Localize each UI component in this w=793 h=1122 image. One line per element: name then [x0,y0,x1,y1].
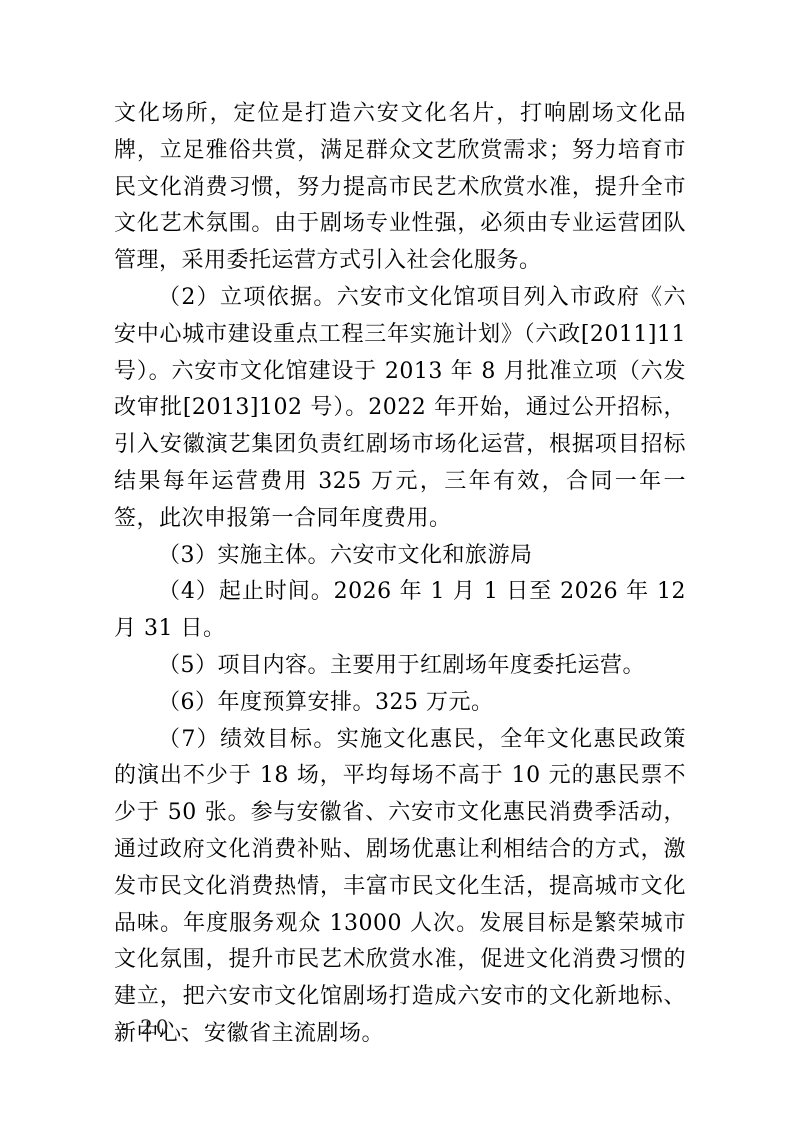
page-number: - 20 - [121,1015,191,1039]
page-footer: - 20 - [121,1015,191,1039]
paragraph-item-5-project-content: （5）项目内容。主要用于红剧场年度委托运营。 [114,648,686,685]
paragraph-item-3-implementing-body: （3）实施主体。六安市文化和旅游局 [114,538,686,575]
document-page: 文化场所，定位是打造六安文化名片，打响剧场文化品牌，立足雅俗共赏，满足群众文艺欣… [0,0,793,1122]
paragraph-item-7-performance-goals: （7）绩效目标。实施文化惠民，全年文化惠民政策的演出不少于 18 场，平均每场不… [114,722,686,1053]
paragraph-continuation: 文化场所，定位是打造六安文化名片，打响剧场文化品牌，立足雅俗共赏，满足群众文艺欣… [114,96,686,280]
document-body: 文化场所，定位是打造六安文化名片，打响剧场文化品牌，立足雅俗共赏，满足群众文艺欣… [114,96,686,1053]
paragraph-item-4-time-period: （4）起止时间。2026 年 1 月 1 日至 2026 年 12 月 31 日… [114,574,686,648]
paragraph-item-6-annual-budget: （6）年度预算安排。325 万元。 [114,685,686,722]
paragraph-item-2-project-basis: （2）立项依据。六安市文化馆项目列入市政府《六安中心城市建设重点工程三年实施计划… [114,280,686,538]
